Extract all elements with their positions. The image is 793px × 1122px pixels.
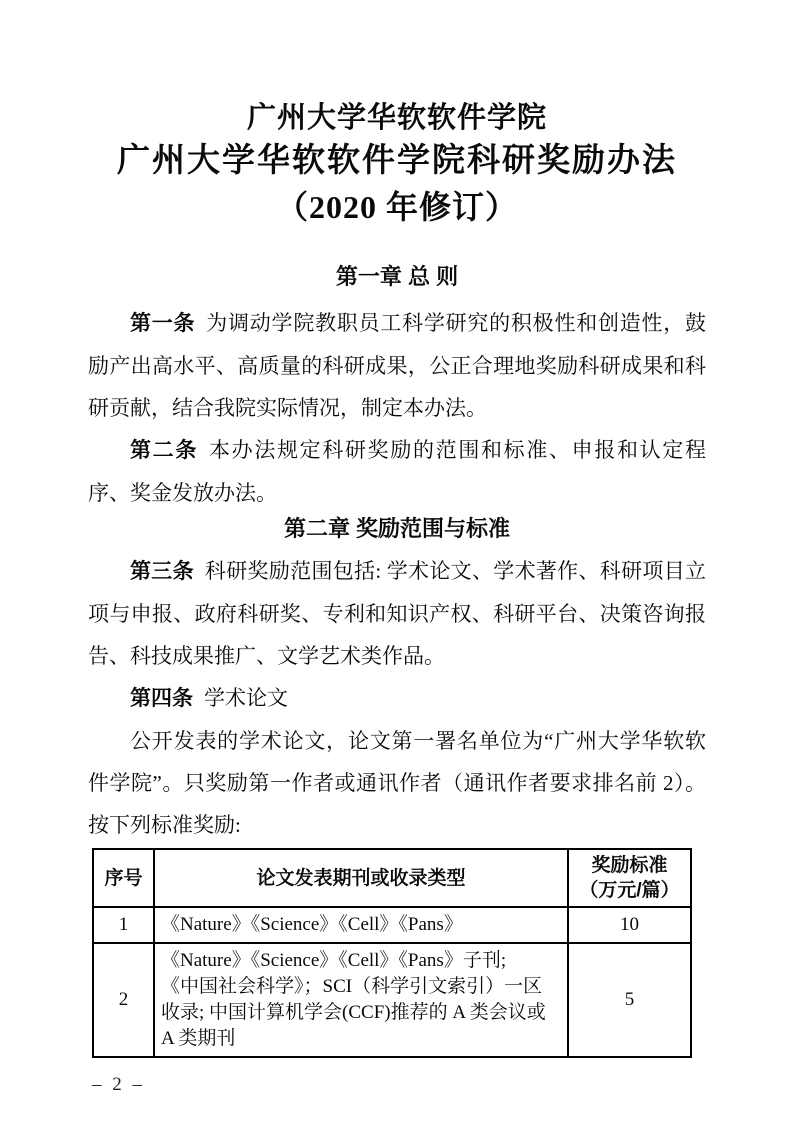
column-header-number: 序号 xyxy=(93,849,154,907)
row-1-number-cell: 1 xyxy=(93,907,154,943)
row-1-reward-cell: 10 xyxy=(568,907,691,943)
table-header-row: 序号 论文发表期刊或收录类型 奖励标准 （万元/篇） xyxy=(93,849,691,907)
chapter-1-heading: 第一章 总 则 xyxy=(88,262,706,292)
column-header-reward-standard: 奖励标准 （万元/篇） xyxy=(568,849,691,907)
article-4-text: 学术论文 xyxy=(204,686,288,710)
table-row-1: 1 《Nature》《Science》《Cell》《Pans》 10 xyxy=(93,907,691,943)
article-1-label: 第一条 xyxy=(130,312,195,335)
document-title: 广州大学华软软件学院 广州大学华软软件学院科研奖励办法 （2020 年修订） xyxy=(88,98,706,230)
title-line-institution: 广州大学华软软件学院 xyxy=(88,98,706,138)
title-line-revision-year: （2020 年修订） xyxy=(88,185,706,230)
article-3-paragraph: 第三条科研奖励范围包括: 学术论文、学术著作、科研项目立项与申报、政府科研奖、专… xyxy=(88,550,706,677)
row-2-reward-cell: 5 xyxy=(568,943,691,1057)
article-3-label: 第三条 xyxy=(130,560,194,583)
title-line-policy-name: 广州大学华软软件学院科研奖励办法 xyxy=(88,138,706,185)
row-1-journal-type-cell: 《Nature》《Science》《Cell》《Pans》 xyxy=(154,907,568,943)
article-2-label: 第二条 xyxy=(130,439,198,462)
document-content: 广州大学华软软件学院 广州大学华软软件学院科研奖励办法 （2020 年修订） 第… xyxy=(88,98,706,1096)
table-row-2: 2 《Nature》《Science》《Cell》《Pans》子刊; 《中国社会… xyxy=(93,943,691,1057)
row-2-journal-type-cell: 《Nature》《Science》《Cell》《Pans》子刊; 《中国社会科学… xyxy=(154,943,568,1057)
chapter-2-heading: 第二章 奖励范围与标准 xyxy=(88,514,706,544)
article-1-paragraph: 第一条为调动学院教职员工科学研究的积极性和创造性，鼓励产出高水平、高质量的科研成… xyxy=(88,302,706,429)
reward-standard-table: 序号 论文发表期刊或收录类型 奖励标准 （万元/篇） 1 《Nature》《Sc… xyxy=(92,848,692,1058)
article-4-paragraph: 第四条学术论文 xyxy=(88,677,706,720)
page-number: – 2 – xyxy=(92,1074,706,1096)
article-2-paragraph: 第二条本办法规定科研奖励的范围和标准、申报和认定程序、奖金发放办法。 xyxy=(88,429,706,514)
column-header-journal-type: 论文发表期刊或收录类型 xyxy=(154,849,568,907)
article-4-label: 第四条 xyxy=(130,687,193,710)
row-2-number-cell: 2 xyxy=(93,943,154,1057)
paper-reward-intro-paragraph: 公开发表的学术论文，论文第一署名单位为“广州大学华软软件学院”。只奖励第一作者或… xyxy=(88,720,706,846)
document-page: 广州大学华软软件学院 广州大学华软软件学院科研奖励办法 （2020 年修订） 第… xyxy=(0,0,793,1122)
